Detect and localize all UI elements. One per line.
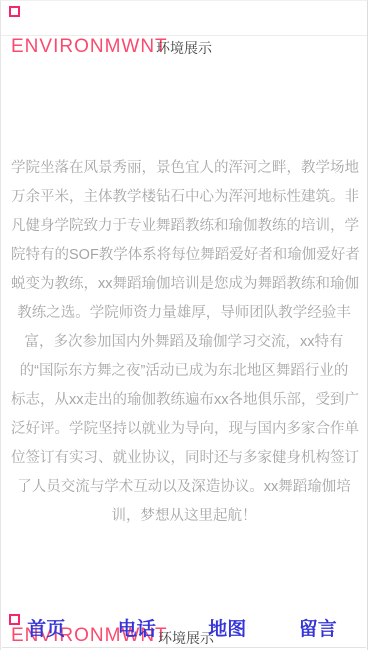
article-line: 学院坐落在风景秀丽，景色宜人的浑河之畔，教学场地 bbox=[11, 154, 357, 183]
article-line: 位签订有实习、就业协议，同时还与多家健身机构签订 bbox=[11, 444, 357, 473]
page: ENVIRONMWNT 环境展示 学院坐落在风景秀丽，景色宜人的浑河之畔，教学场… bbox=[0, 0, 368, 650]
nav-link-message[interactable]: 留言 bbox=[273, 619, 364, 641]
article-line: 富，多次参加国内外舞蹈及瑜伽学习交流，xx特有 bbox=[11, 328, 357, 357]
article-line: 院特有的SOF教学体系将每位舞蹈爱好者和瑜伽爱好者 bbox=[11, 241, 357, 270]
nav-link-phone[interactable]: 电话 bbox=[92, 619, 183, 641]
nav-link-home[interactable]: 首页 bbox=[1, 619, 92, 641]
section-title-en: ENVIRONMWNT bbox=[11, 36, 168, 58]
article-line: 万余平米，主体教学楼钻石中心为浑河地标性建筑。非 bbox=[11, 183, 357, 212]
article-line: 的“国际东方舞之夜”活动已成为东北地区舞蹈行业的 bbox=[11, 357, 357, 386]
article-line: 泛好评。学院坚持以就业为导向，现与国内多家合作单 bbox=[11, 415, 357, 444]
article-line: 了人员交流与学术互动以及深造协议。xx舞蹈瑜伽培 bbox=[11, 473, 357, 502]
nav-link-map[interactable]: 地图 bbox=[182, 619, 273, 641]
article-line: 训，梦想从这里起航！ bbox=[11, 502, 357, 531]
section-title-cn: 环境展示 bbox=[156, 40, 212, 56]
footer-nav: 首页 电话 地图 留言 bbox=[1, 619, 363, 641]
article-line: 教练之选。学院师资力量雄厚，导师团队教学经验丰 bbox=[11, 299, 357, 328]
article-line: 凡健身学院致力于专业舞蹈教练和瑜伽教练的培训，学 bbox=[11, 212, 357, 241]
article-text: 学院坐落在风景秀丽，景色宜人的浑河之畔，教学场地 万余平米，主体教学楼钻石中心为… bbox=[11, 154, 357, 531]
article-line: 蜕变为教练，xx舞蹈瑜伽培训是您成为舞蹈教练和瑜伽 bbox=[11, 270, 357, 299]
article-line: 标志，从xx走出的瑜伽教练遍布xx各地俱乐部，受到广 bbox=[11, 386, 357, 415]
broken-image-icon bbox=[9, 6, 20, 17]
